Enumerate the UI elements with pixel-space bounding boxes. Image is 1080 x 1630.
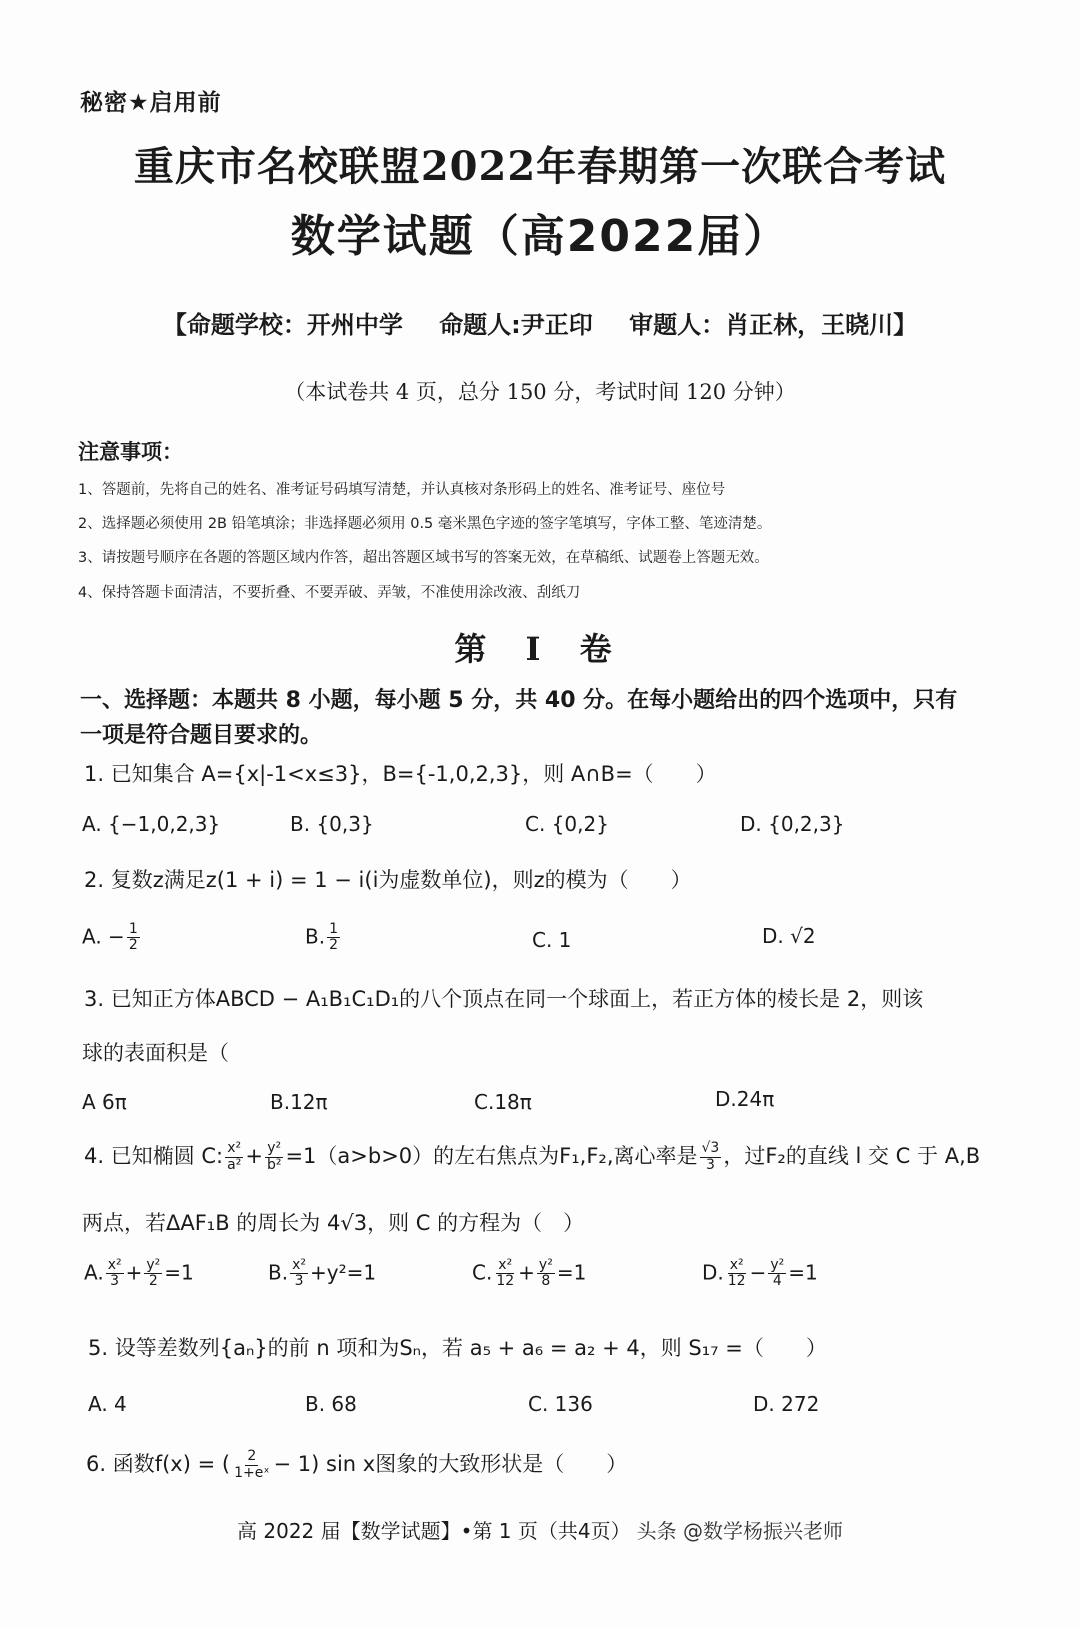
confidential-label: 秘密★启用前 [80,84,222,117]
fraction: y²8 [537,1258,555,1290]
reviewer-label: 审题人：肖正林，王晓川】 [629,311,917,339]
question-1-stem: 1. 已知集合 A={x|-1<x≤3}，B={-1,0,2,3}，则 A∩B=… [84,758,717,788]
fraction: 21+eˣ [232,1449,271,1481]
notice-item: 2、选择题必须使用 2B 铅笔填涂；非选择题必须用 0.5 毫米黑色字迹的签字笔… [78,512,771,533]
fraction: y²4 [768,1258,786,1290]
q1-option-c: C. {0,2} [525,812,609,836]
q2-option-b-prefix: B. [305,924,325,948]
q5-option-c: C. 136 [528,1392,593,1416]
notice-item: 4、保持答题卡面清洁，不要折叠、不要弄破、弄皱，不准使用涂改液、刮纸刀 [78,581,580,602]
notice-item: 3、请按题号顺序在各题的答题区域内作答，超出答题区域书写的答案无效，在草稿纸、试… [78,546,769,567]
fraction: y²2 [144,1258,162,1290]
page-footer: 高 2022 届【数学试题】•第 1 页（共4页）头条 @数学杨振兴老师 [0,1515,1080,1544]
q4-option-d: D.x²12−y²4=1 [702,1258,818,1290]
question-4-stem-cont: 两点，若ΔAF₁B 的周长为 4√3，则 C 的方程为（ ） [82,1207,584,1237]
section-heading-cont: 一项是符合题目要求的。 [80,718,322,749]
exam-subtitle: 数学试题（高2022届） [0,200,1080,264]
fraction: x²12 [726,1258,748,1290]
question-2-stem: 2. 复数z满足z(1 + i) = 1 − i(i为虚数单位)，则z的模为（ … [84,864,692,894]
q1-option-d: D. {0,2,3} [740,812,844,836]
q2-option-a-prefix: A. − [82,924,125,948]
fraction: x²a² [225,1141,243,1173]
q4-option-c: C.x²12+y²8=1 [472,1258,586,1290]
fraction: x²3 [106,1258,124,1290]
section-heading: 一、选择题：本题共 8 小题，每小题 5 分，共 40 分。在每小题给出的四个选… [80,683,957,714]
question-3-stem-cont: 球的表面积是（ [82,1037,229,1067]
q5-option-d: D. 272 [753,1392,819,1416]
fraction: x²3 [290,1258,308,1290]
exam-title: 重庆市名校联盟2022年春期第一次联合考试 [0,135,1080,192]
q2-option-c: C. 1 [532,928,571,952]
fraction: y²b² [265,1141,284,1173]
q4-option-b: B.x²3+y²=1 [268,1258,376,1290]
q5-option-b: B. 68 [305,1392,357,1416]
exam-page: 秘密★启用前 重庆市名校联盟2022年春期第一次联合考试 数学试题（高2022届… [0,0,1080,1630]
q3-option-a: A 6π [82,1090,127,1114]
fraction: √33 [700,1141,722,1173]
fraction: 12 [327,922,340,954]
q3-option-d: D.24π [715,1087,774,1111]
question-5-stem: 5. 设等差数列{aₙ}的前 n 项和为Sₙ，若 a₅ + a₆ = a₂ + … [88,1332,827,1362]
authors-line: 【命题学校：开州中学 命题人:尹正印 审题人：肖正林，王晓川】 [0,305,1080,340]
q2-option-a: A. −12 [82,922,142,954]
q1-option-b: B. {0,3} [290,812,374,836]
school-label: 【命题学校：开州中学 [163,311,403,339]
q1-option-a: A. {−1,0,2,3} [82,812,220,836]
q2-option-d: D. √2 [762,924,816,948]
fraction: x²12 [494,1258,516,1290]
q5-option-a: A. 4 [88,1392,127,1416]
q3-option-c: C.18π [474,1090,532,1114]
notice-item: 1、答题前，先将自己的姓名、准考证号码填写清楚，并认真核对条形码上的姓名、准考证… [78,478,725,499]
q2-option-b: B.12 [305,922,342,954]
watermark: 头条 @数学杨振兴老师 [637,1519,843,1543]
notice-title: 注意事项： [78,436,183,466]
exam-info: （本试卷共 4 页，总分 150 分，考试时间 120 分钟） [0,376,1080,406]
q3-option-b: B.12π [270,1090,328,1114]
question-4-stem: 4. 已知椭圆 C:x²a²+y²b²=1（a>b>0）的左右焦点为F₁,F₂,… [84,1140,980,1173]
page-label: 高 2022 届【数学试题】•第 1 页（共4页） [237,1519,631,1543]
part-title: 第 I 卷 [0,624,1080,670]
fraction: 12 [127,922,140,954]
question-3-stem: 3. 已知正方体ABCD − A₁B₁C₁D₁的八个顶点在同一个球面上，若正方体… [84,983,923,1013]
question-6-stem: 6. 函数f(x) = (21+eˣ− 1) sin x图象的大致形状是（ ） [86,1448,627,1481]
author-label: 命题人:尹正印 [439,311,593,339]
q4-option-a: A.x²3+y²2=1 [84,1258,194,1290]
